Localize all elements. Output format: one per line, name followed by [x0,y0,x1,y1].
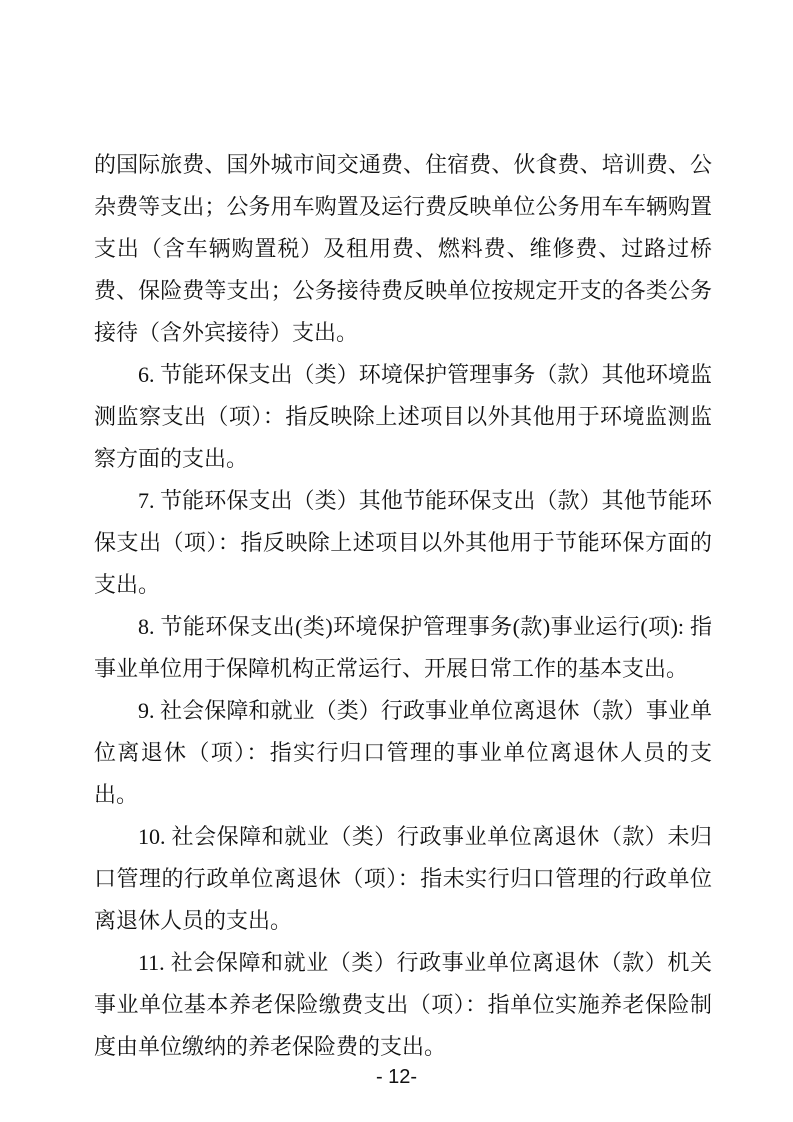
paragraph-item-9: 9. 社会保障和就业（类）行政事业单位离退休（款）事业单位离退休（项）：指实行归… [94,690,712,816]
document-page: 的国际旅费、国外城市间交通费、住宿费、伙食费、培训费、公杂费等支出；公务用车购置… [0,0,793,1122]
document-body: 的国际旅费、国外城市间交通费、住宿费、伙食费、培训费、公杂费等支出；公务用车购置… [94,144,712,1068]
paragraph-item-11: 11. 社会保障和就业（类）行政事业单位离退休（款）机关事业单位基本养老保险缴费… [94,942,712,1068]
paragraph-item-8: 8. 节能环保支出(类)环境保护管理事务(款)事业运行(项): 指事业单位用于保… [94,606,712,690]
paragraph-item-6: 6. 节能环保支出（类）环境保护管理事务（款）其他环境监测监察支出（项）：指反映… [94,354,712,480]
paragraph-continuation: 的国际旅费、国外城市间交通费、住宿费、伙食费、培训费、公杂费等支出；公务用车购置… [94,144,712,354]
page-number: - 12- [0,1066,793,1088]
paragraph-item-7: 7. 节能环保支出（类）其他节能环保支出（款）其他节能环保支出（项）：指反映除上… [94,480,712,606]
paragraph-item-10: 10. 社会保障和就业（类）行政事业单位离退休（款）未归口管理的行政单位离退休（… [94,816,712,942]
